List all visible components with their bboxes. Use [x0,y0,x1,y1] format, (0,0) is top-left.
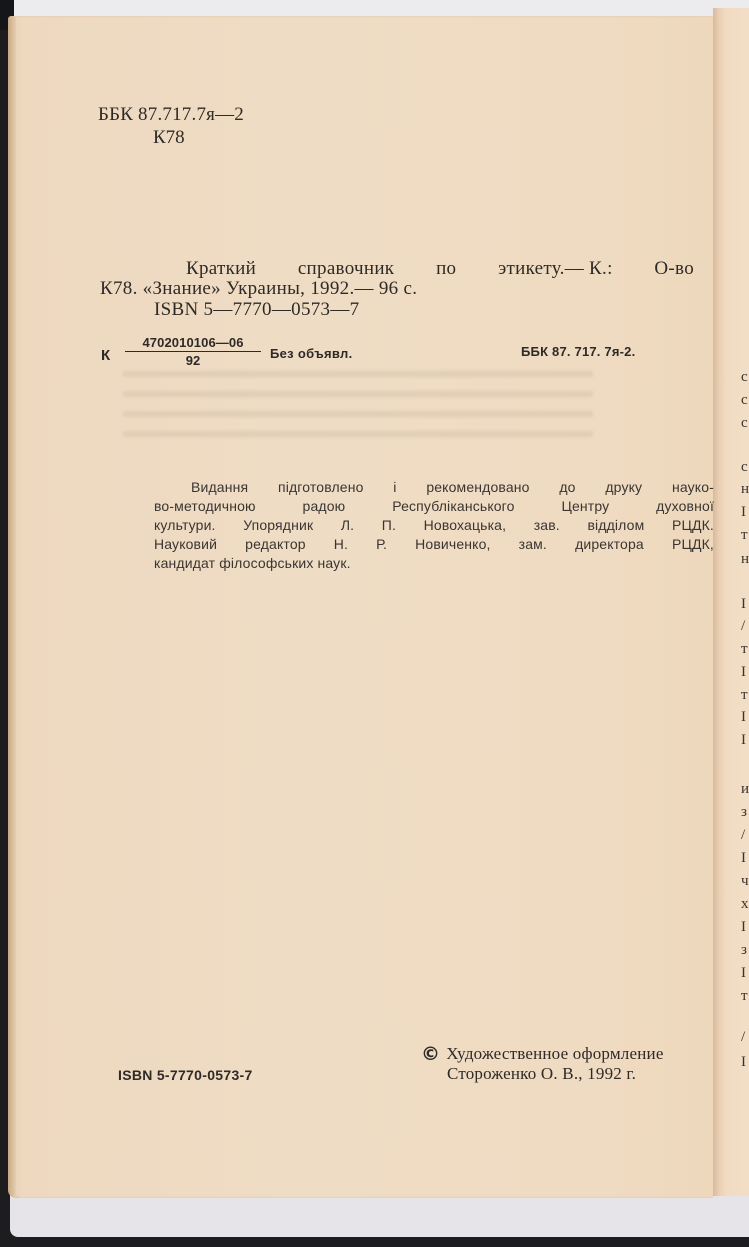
next-page-glyph: I [741,920,746,935]
word: Н. [334,535,348,554]
word: во-методичною [154,497,256,516]
book-page: ББК 87.717.7я—2 К78 Краткий справочник п… [8,16,713,1198]
word: Науковий [154,535,217,554]
next-page-glyph: I [741,710,746,725]
next-page-glyph: I [741,597,746,612]
next-page-glyph: I [741,966,746,981]
word: підготовлено [278,478,364,497]
catalog-card-line-2: К78. «Знание» Украины, 1992.— 96 с. [100,278,417,300]
next-page-glyph: I [741,851,746,866]
word: редактор [245,535,306,554]
isbn-bottom: ISBN 5-7770-0573-7 [118,1067,253,1083]
next-page-glyph: з [741,943,747,958]
catalog-word: этикету.— К.: [498,258,613,280]
word: і [393,478,396,497]
copyright-text-1: Художественное оформление [446,1044,663,1063]
catalog-word: справочник [298,258,395,280]
word: зав. [534,516,560,535]
next-page-glyph: т [741,528,748,543]
next-page-glyph: с [741,460,748,475]
next-page-glyph: н [741,482,749,497]
word: Центру [561,497,609,516]
copyright-line-1: ©Художественное оформление [421,1044,664,1064]
word: П. [382,516,396,535]
prep-line-5: кандидат філософських наук. [154,554,714,573]
prep-line-2: во-методичною радою Республіканського Це… [154,497,714,516]
word: Видання [191,478,248,497]
next-page-glyph: I [741,733,746,748]
next-page-glyph: х [741,897,749,912]
next-page-glyph: I [741,505,746,520]
prep-line-3: культури. Упорядник Л. П. Новохацька, за… [154,516,714,535]
next-page-glyph: / [741,619,745,634]
word: до [559,478,575,497]
copyright-line-2: Стороженко О. В., 1992 г. [421,1064,664,1084]
next-page-glyph: т [741,642,748,657]
word: науко- [672,478,714,497]
copyright-icon: © [421,1044,440,1064]
next-page-glyph: н [741,552,749,567]
next-page-glyph: / [741,828,745,843]
catalog-word: по [436,258,456,280]
index-letter: К [101,347,110,364]
next-page-glyph: с [741,416,748,431]
word: Республіканського [392,497,514,516]
next-page-glyph: I [741,1055,746,1070]
word: друку [605,478,642,497]
next-page-glyph: т [741,989,748,1004]
next-page-glyph: т [741,688,748,703]
next-page-glyph: и [741,782,749,797]
next-page-glyph: I [741,665,746,680]
bbk-short: ББК 87. 717. 7я-2. [521,344,635,359]
next-page-glyph: с [741,370,748,385]
next-page-glyph: ч [741,874,749,889]
word: культури. [154,516,216,535]
word: Л. [341,516,354,535]
catalog-word: Краткий [186,258,256,280]
index-numerator: 4702010106—06 [125,335,261,352]
catalog-card-line-1: Краткий справочник по этикету.— К.: О-во [186,258,694,280]
no-ads-note: Без объявл. [270,346,353,361]
word: РЦДК. [672,516,714,535]
word: рекомендовано [426,478,529,497]
catalog-word: О-во [654,258,694,280]
next-page-edge: сссснIтнI/тIтIIиз/IчхIзIт/I [713,8,749,1196]
word: Упорядник [243,516,313,535]
index-fraction: 4702010106—06 92 [125,335,261,368]
word: Р. [376,535,387,554]
word: відділом [587,516,644,535]
prep-line-4: Науковий редактор Н. Р. Новиченко, зам. … [154,535,714,554]
word: Новохацька, [424,516,507,535]
catalog-card-isbn: ISBN 5—7770—0573—7 [154,299,359,321]
copyright-block: ©Художественное оформление Стороженко О.… [421,1044,664,1084]
word: духовної [656,497,714,516]
preparation-note: Видання підготовлено і рекомендовано до … [154,478,714,573]
next-page-glyph: с [741,393,748,408]
bbk-classification: ББК 87.717.7я—2 [98,104,244,126]
next-page-glyph: з [741,805,747,820]
author-mark: К78 [153,127,185,149]
word: зам. [519,535,547,554]
word: радою [303,497,346,516]
bleed-through-shadow [123,371,593,451]
next-page-glyph: / [741,1030,745,1045]
word: кандидат філософських наук. [154,554,351,573]
index-denominator: 92 [125,352,261,368]
prep-line-1: Видання підготовлено і рекомендовано до … [154,478,714,497]
word: Новиченко, [415,535,490,554]
word: директора [575,535,644,554]
word: РЦДК, [672,535,714,554]
